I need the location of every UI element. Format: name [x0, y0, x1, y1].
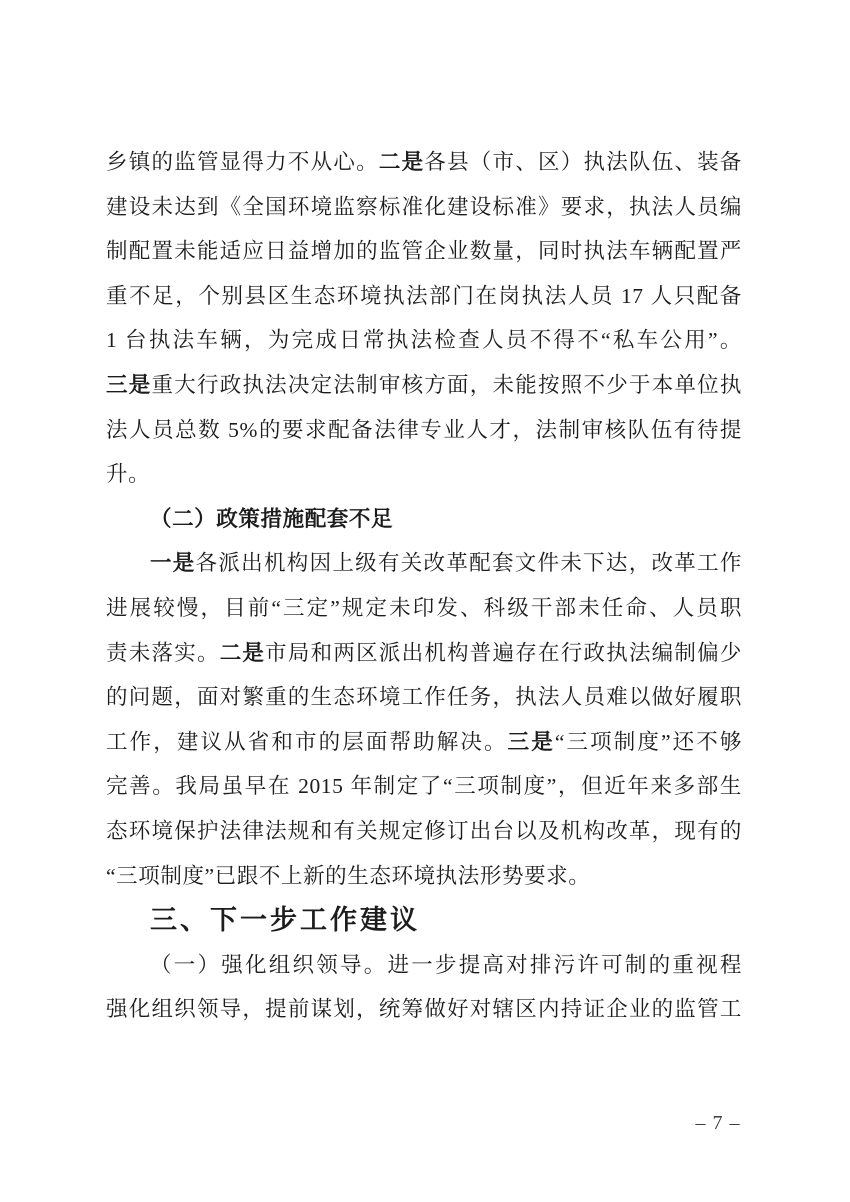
text-segment: 工作，建议从省和市的层面帮助解决。 — [106, 730, 508, 754]
text-line: “三项制度”已跟不上新的生态环境执法形势要求。 — [106, 854, 742, 899]
section-heading: 三、下一步工作建议 — [106, 898, 742, 943]
text-segment: 升。 — [106, 462, 150, 486]
text-line: 升。 — [106, 452, 742, 497]
emphasis-text: （二）政策措施配套不足 — [150, 507, 393, 531]
emphasis-text: 二是 — [379, 150, 424, 174]
text-line: 完善。我局虽早在 2015 年制定了“三项制度”，但近年来多部生 — [106, 764, 742, 809]
text-line: 乡镇的监管显得力不从心。二是各县（市、区）执法队伍、装备 — [106, 140, 742, 185]
text-line: 态环境保护法律法规和有关规定修订出台以及机构改革，现有的 — [106, 809, 742, 854]
text-line: 强化组织领导，提前谋划，统筹做好对辖区内持证企业的监管工 — [106, 987, 742, 1032]
text-segment: 重不足，个别县区生态环境执法部门在岗执法人员 17 人只配备 — [106, 284, 742, 308]
text-segment: 完善。我局虽早在 2015 年制定了“三项制度”，但近年来多部生 — [106, 774, 742, 798]
text-segment: 的问题，面对繁重的生态环境工作任务，执法人员难以做好履职 — [106, 685, 742, 709]
text-line: （一）强化组织领导。进一步提高对排污许可制的重视程度， — [106, 943, 742, 988]
text-line: 制配置未能适应日益增加的监管企业数量，同时执法车辆配置严 — [106, 229, 742, 274]
text-segment: 市局和两区派出机构普遍存在行政执法编制偏少 — [265, 641, 742, 665]
text-segment: 1 台执法车辆，为完成日常执法检查人员不得不“私车公用”。 — [106, 328, 742, 352]
text-line: 责未落实。二是市局和两区派出机构普遍存在行政执法编制偏少 — [106, 631, 742, 676]
document-page: 乡镇的监管显得力不从心。二是各县（市、区）执法队伍、装备建设未达到《全国环境监察… — [0, 0, 850, 1202]
text-line: 一是各派出机构因上级有关改革配套文件未下达，改革工作 — [106, 541, 742, 586]
text-line: 1 台执法车辆，为完成日常执法检查人员不得不“私车公用”。 — [106, 318, 742, 363]
text-segment: 建设未达到《全国环境监察标准化建设标准》要求，执法人员编 — [106, 195, 742, 219]
text-segment: 强化组织领导，提前谋划，统筹做好对辖区内持证企业的监管工 — [106, 997, 742, 1021]
text-segment: 重大行政执法决定法制审核方面，未能按照不少于本单位执 — [151, 373, 742, 397]
text-line: 建设未达到《全国环境监察标准化建设标准》要求，执法人员编 — [106, 185, 742, 230]
emphasis-text: 三是 — [508, 730, 555, 754]
text-line: 重不足，个别县区生态环境执法部门在岗执法人员 17 人只配备 — [106, 274, 742, 319]
text-line: 法人员总数 5%的要求配备法律专业人才，法制审核队伍有待提 — [106, 408, 742, 453]
emphasis-text: 一是 — [150, 551, 196, 575]
text-line: 的问题，面对繁重的生态环境工作任务，执法人员难以做好履职 — [106, 675, 742, 720]
text-segment: 各县（市、区）执法队伍、装备 — [424, 150, 742, 174]
text-segment: 各派出机构因上级有关改革配套文件未下达，改革工作 — [196, 551, 742, 575]
text-segment: （一）强化组织领导。进一步提高对排污许可制的重视程度， — [150, 953, 742, 988]
emphasis-text: 二是 — [220, 641, 265, 665]
text-line: 工作，建议从省和市的层面帮助解决。三是“三项制度”还不够 — [106, 720, 742, 765]
text-line: 进展较慢，目前“三定”规定未印发、科级干部未任命、人员职 — [106, 586, 742, 631]
text-segment: 态环境保护法律法规和有关规定修订出台以及机构改革，现有的 — [106, 819, 742, 843]
text-segment: 法人员总数 5%的要求配备法律专业人才，法制审核队伍有待提 — [106, 418, 742, 442]
text-line: （二）政策措施配套不足 — [106, 497, 742, 542]
text-segment: “三项制度”还不够 — [555, 730, 742, 754]
text-segment: 制配置未能适应日益增加的监管企业数量，同时执法车辆配置严 — [106, 239, 742, 263]
text-segment: 乡镇的监管显得力不从心。 — [106, 150, 379, 174]
page-number: – 7 – — [686, 1112, 750, 1135]
text-line: 三是重大行政执法决定法制审核方面，未能按照不少于本单位执 — [106, 363, 742, 408]
text-segment: “三项制度”已跟不上新的生态环境执法形势要求。 — [106, 864, 590, 888]
text-segment: 责未落实。 — [106, 641, 220, 665]
document-body: 乡镇的监管显得力不从心。二是各县（市、区）执法队伍、装备建设未达到《全国环境监察… — [106, 140, 742, 1032]
emphasis-text: 三是 — [106, 373, 151, 397]
text-segment: 进展较慢，目前“三定”规定未印发、科级干部未任命、人员职 — [106, 596, 742, 620]
text-segment: 三、下一步工作建议 — [150, 905, 420, 935]
